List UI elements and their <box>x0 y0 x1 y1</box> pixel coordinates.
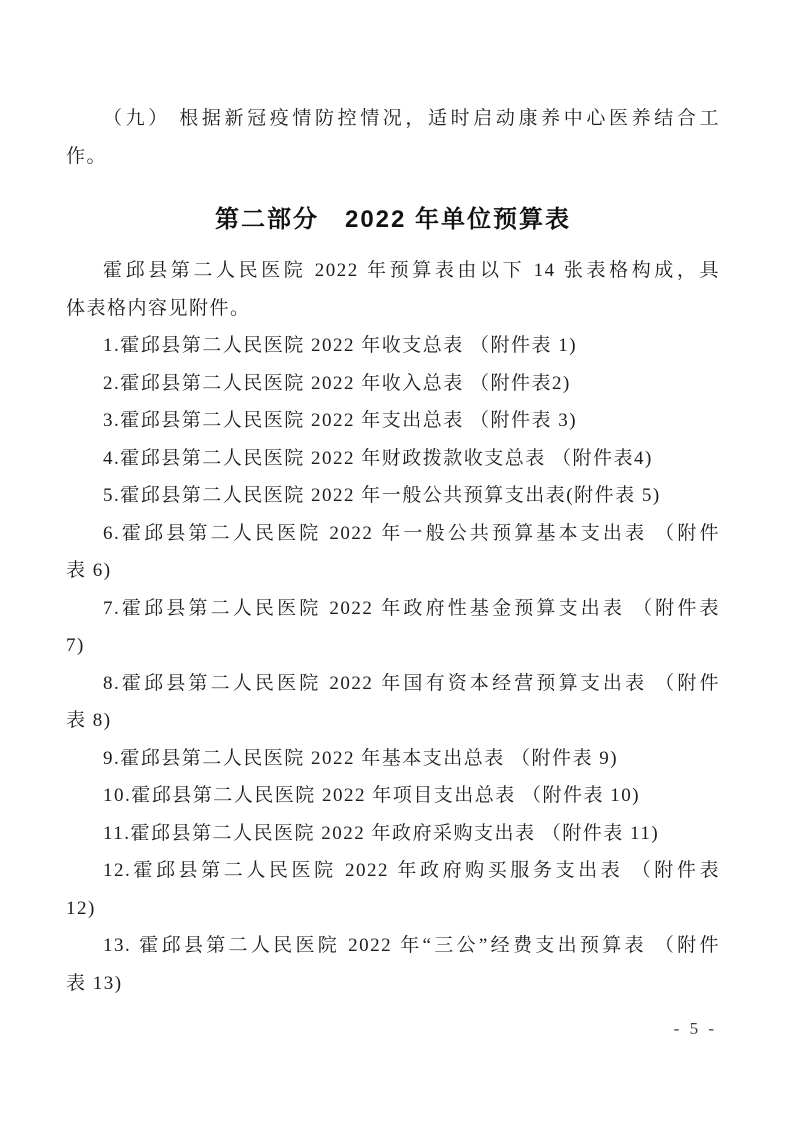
list-item-3: 3.霍邱县第二人民医院 2022 年支出总表 （附件表 3) <box>66 402 720 440</box>
paragraph-nine-line-2: 作。 <box>66 138 720 176</box>
page-number: - 5 - <box>674 1014 717 1044</box>
list-item-6-line-2: 表 6) <box>66 552 720 590</box>
list-item-13-line-1: 13. 霍邱县第二人民医院 2022 年“三公”经费支出预算表 （附件 <box>66 927 720 965</box>
list-item-11: 11.霍邱县第二人民医院 2022 年政府采购支出表 （附件表 11) <box>66 815 720 853</box>
list-item-9: 9.霍邱县第二人民医院 2022 年基本支出总表 （附件表 9) <box>66 740 720 778</box>
list-item-8-line-2: 表 8) <box>66 702 720 740</box>
intro-line-1: 霍邱县第二人民医院 2022 年预算表由以下 14 张表格构成，具 <box>66 252 720 290</box>
paragraph-nine-line-1: （九） 根据新冠疫情防控情况，适时启动康养中心医养结合工 <box>66 100 720 138</box>
list-item-2: 2.霍邱县第二人民医院 2022 年收入总表 （附件表2) <box>66 365 720 403</box>
list-item-1: 1.霍邱县第二人民医院 2022 年收支总表 （附件表 1) <box>66 327 720 365</box>
list-item-7-line-2: 7) <box>66 627 720 665</box>
page-content: （九） 根据新冠疫情防控情况，适时启动康养中心医养结合工 作。 第二部分 202… <box>66 100 720 1002</box>
list-item-10: 10.霍邱县第二人民医院 2022 年项目支出总表 （附件表 10) <box>66 777 720 815</box>
list-item-8-line-1: 8.霍邱县第二人民医院 2022 年国有资本经营预算支出表 （附件 <box>66 665 720 703</box>
list-item-12-line-1: 12.霍邱县第二人民医院 2022 年政府购买服务支出表 （附件表 <box>66 852 720 890</box>
list-item-12-line-2: 12) <box>66 890 720 928</box>
list-item-4: 4.霍邱县第二人民医院 2022 年财政拨款收支总表 （附件表4) <box>66 440 720 478</box>
intro-line-2: 体表格内容见附件。 <box>66 290 720 328</box>
list-item-6-line-1: 6.霍邱县第二人民医院 2022 年一般公共预算基本支出表 （附件 <box>66 515 720 553</box>
document-page: （九） 根据新冠疫情防控情况，适时启动康养中心医养结合工 作。 第二部分 202… <box>0 0 793 1122</box>
list-item-13-line-2: 表 13) <box>66 965 720 1003</box>
section-heading: 第二部分 2022 年单位预算表 <box>66 202 720 238</box>
list-item-5: 5.霍邱县第二人民医院 2022 年一般公共预算支出表(附件表 5) <box>66 477 720 515</box>
list-item-7-line-1: 7.霍邱县第二人民医院 2022 年政府性基金预算支出表 （附件表 <box>66 590 720 628</box>
